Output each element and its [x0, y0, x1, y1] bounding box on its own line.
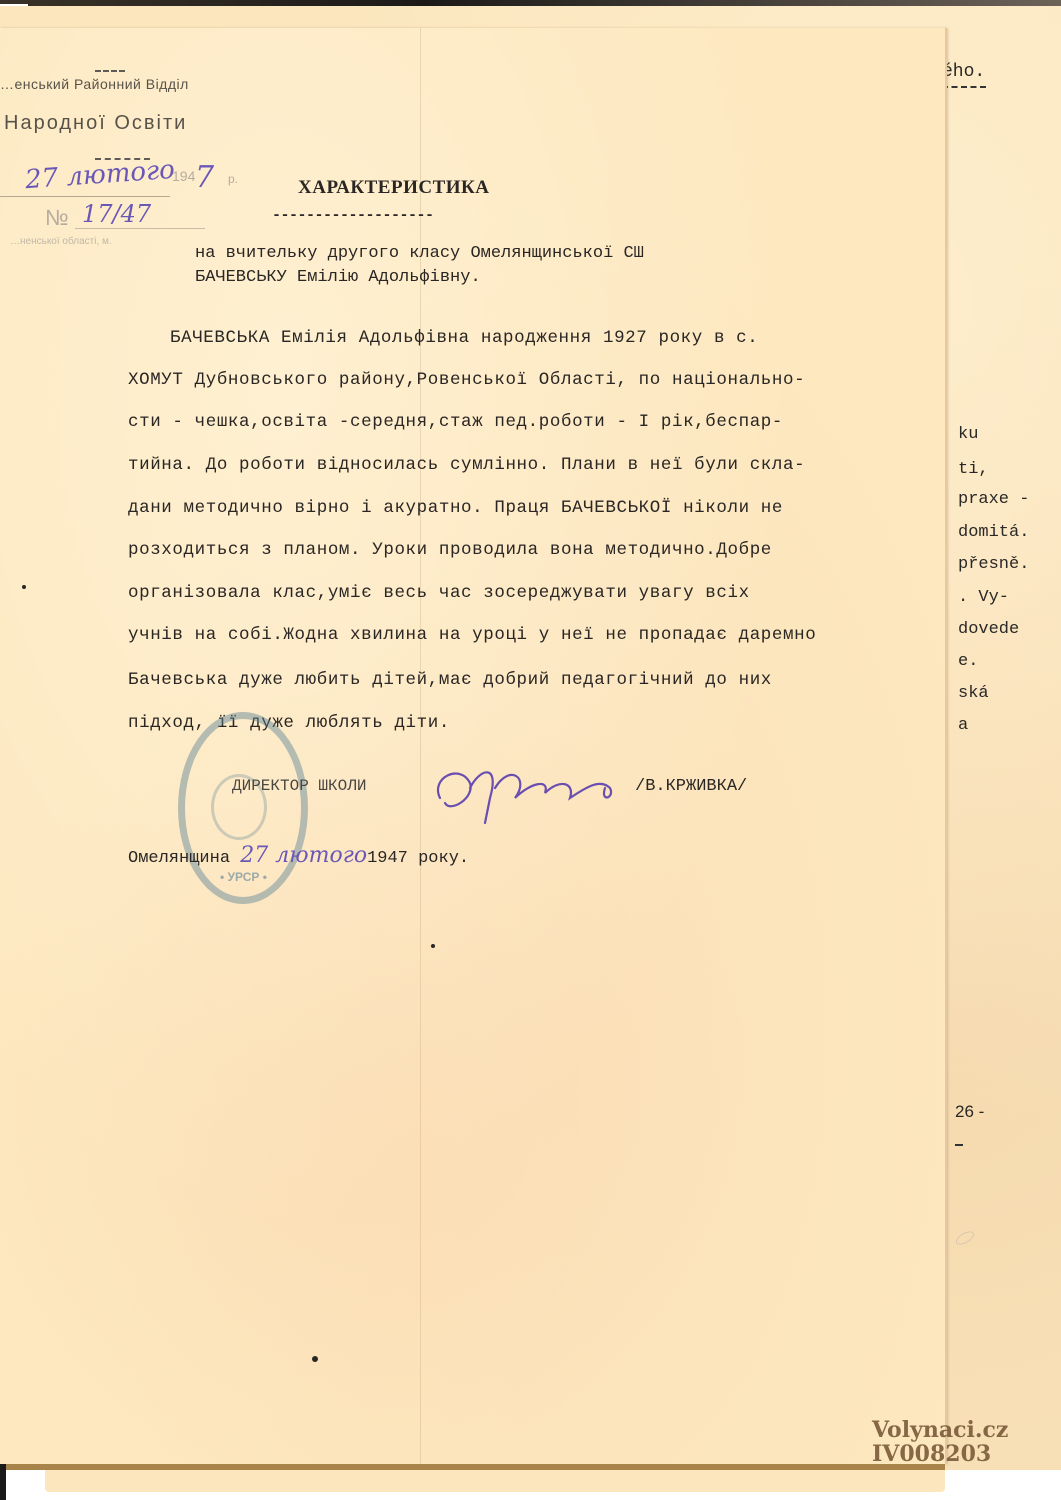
body-line: БАЧЕВСЬКА Емілія Адольфівна народження 1…: [170, 328, 758, 348]
subtitle-line: на вчительку другого класу Омелянщинсько…: [195, 244, 644, 263]
registration-underline: [75, 228, 205, 229]
czech-dash: [955, 1144, 963, 1146]
registration-number: 17/47: [82, 200, 151, 228]
date-underline: [0, 196, 170, 197]
czech-line: ská: [958, 684, 989, 703]
registration-label: №: [45, 205, 69, 231]
body-line: розходиться з планом. Уроки проводила во…: [128, 540, 772, 560]
czech-line: e.: [958, 652, 978, 671]
czech-page-number: 26 -: [955, 1102, 984, 1122]
czech-line: dovede: [958, 620, 1019, 639]
watermark-site: Volynaci.cz: [872, 1418, 1008, 1442]
czech-line: a: [958, 716, 968, 735]
place-name: Омелянщина: [128, 849, 230, 868]
stamp-line-2: Народної Освіти: [4, 112, 187, 135]
czech-line: domitá.: [958, 523, 1029, 542]
seal-text: • УРСР •: [220, 870, 267, 884]
stamp-dash: [95, 70, 125, 72]
handwritten-date-footer: 27 лютого: [240, 843, 367, 868]
subtitle-line: БАЧЕВСЬКУ Емілію Адольфівну.: [195, 268, 481, 287]
place-date-line: Омелянщина 27 лютого1947 року.: [128, 843, 469, 868]
body-line: сти - чешка,освіта -середня,стаж пед.роб…: [128, 412, 783, 432]
body-line: підход, її дуже люблять діти.: [128, 713, 450, 733]
czech-line: ti,: [958, 460, 989, 479]
year-suffix: р.: [228, 172, 238, 186]
stamp-line-1: …енський Районний Відділ: [0, 76, 189, 92]
document-title: ХАРАКТЕРИСТИКА: [298, 177, 490, 199]
body-line: організовала клас,уміє весь час зосередж…: [128, 583, 750, 603]
body-line: дани методично вірно і акуратно. Праця Б…: [128, 498, 783, 518]
ink-speck: [312, 1356, 318, 1362]
footer-year: 1947 року.: [367, 849, 469, 868]
printed-year-prefix: 194: [172, 168, 195, 184]
body-line: Бачевська дуже любить дітей,має добрий п…: [128, 670, 772, 690]
czech-header-rule: [942, 86, 986, 88]
watermark: Volynaci.cz IV008203: [872, 1418, 1008, 1466]
czech-line: . Vy-: [958, 588, 1009, 607]
signature-label: ДИРЕКТОР ШКОЛИ: [232, 777, 366, 795]
czech-header-fragment: ého.: [942, 62, 985, 82]
under-sheet-edge: [45, 1470, 945, 1492]
body-line: учнів на собі.Жодна хвилина на уроці у н…: [128, 625, 816, 645]
body-line: тийна. До роботи відносилась сумлінно. П…: [128, 455, 805, 475]
body-line: ХОМУТ Дубновського району,Ровенської Обл…: [128, 370, 805, 390]
czech-line: přesně.: [958, 555, 1029, 574]
czech-line: praxe -: [958, 490, 1029, 509]
region-line: …ненської області, м.: [10, 236, 112, 247]
watermark-id: IV008203: [872, 1442, 1008, 1466]
ink-speck: [22, 585, 26, 589]
ink-speck: [431, 944, 435, 948]
signatory-name: /В.КРЖИВКА/: [635, 777, 747, 796]
czech-line: ku: [958, 425, 978, 444]
handwritten-year-digit: 7: [195, 160, 214, 195]
handwritten-signature: [420, 758, 630, 828]
title-underline: -------------------: [272, 207, 434, 224]
